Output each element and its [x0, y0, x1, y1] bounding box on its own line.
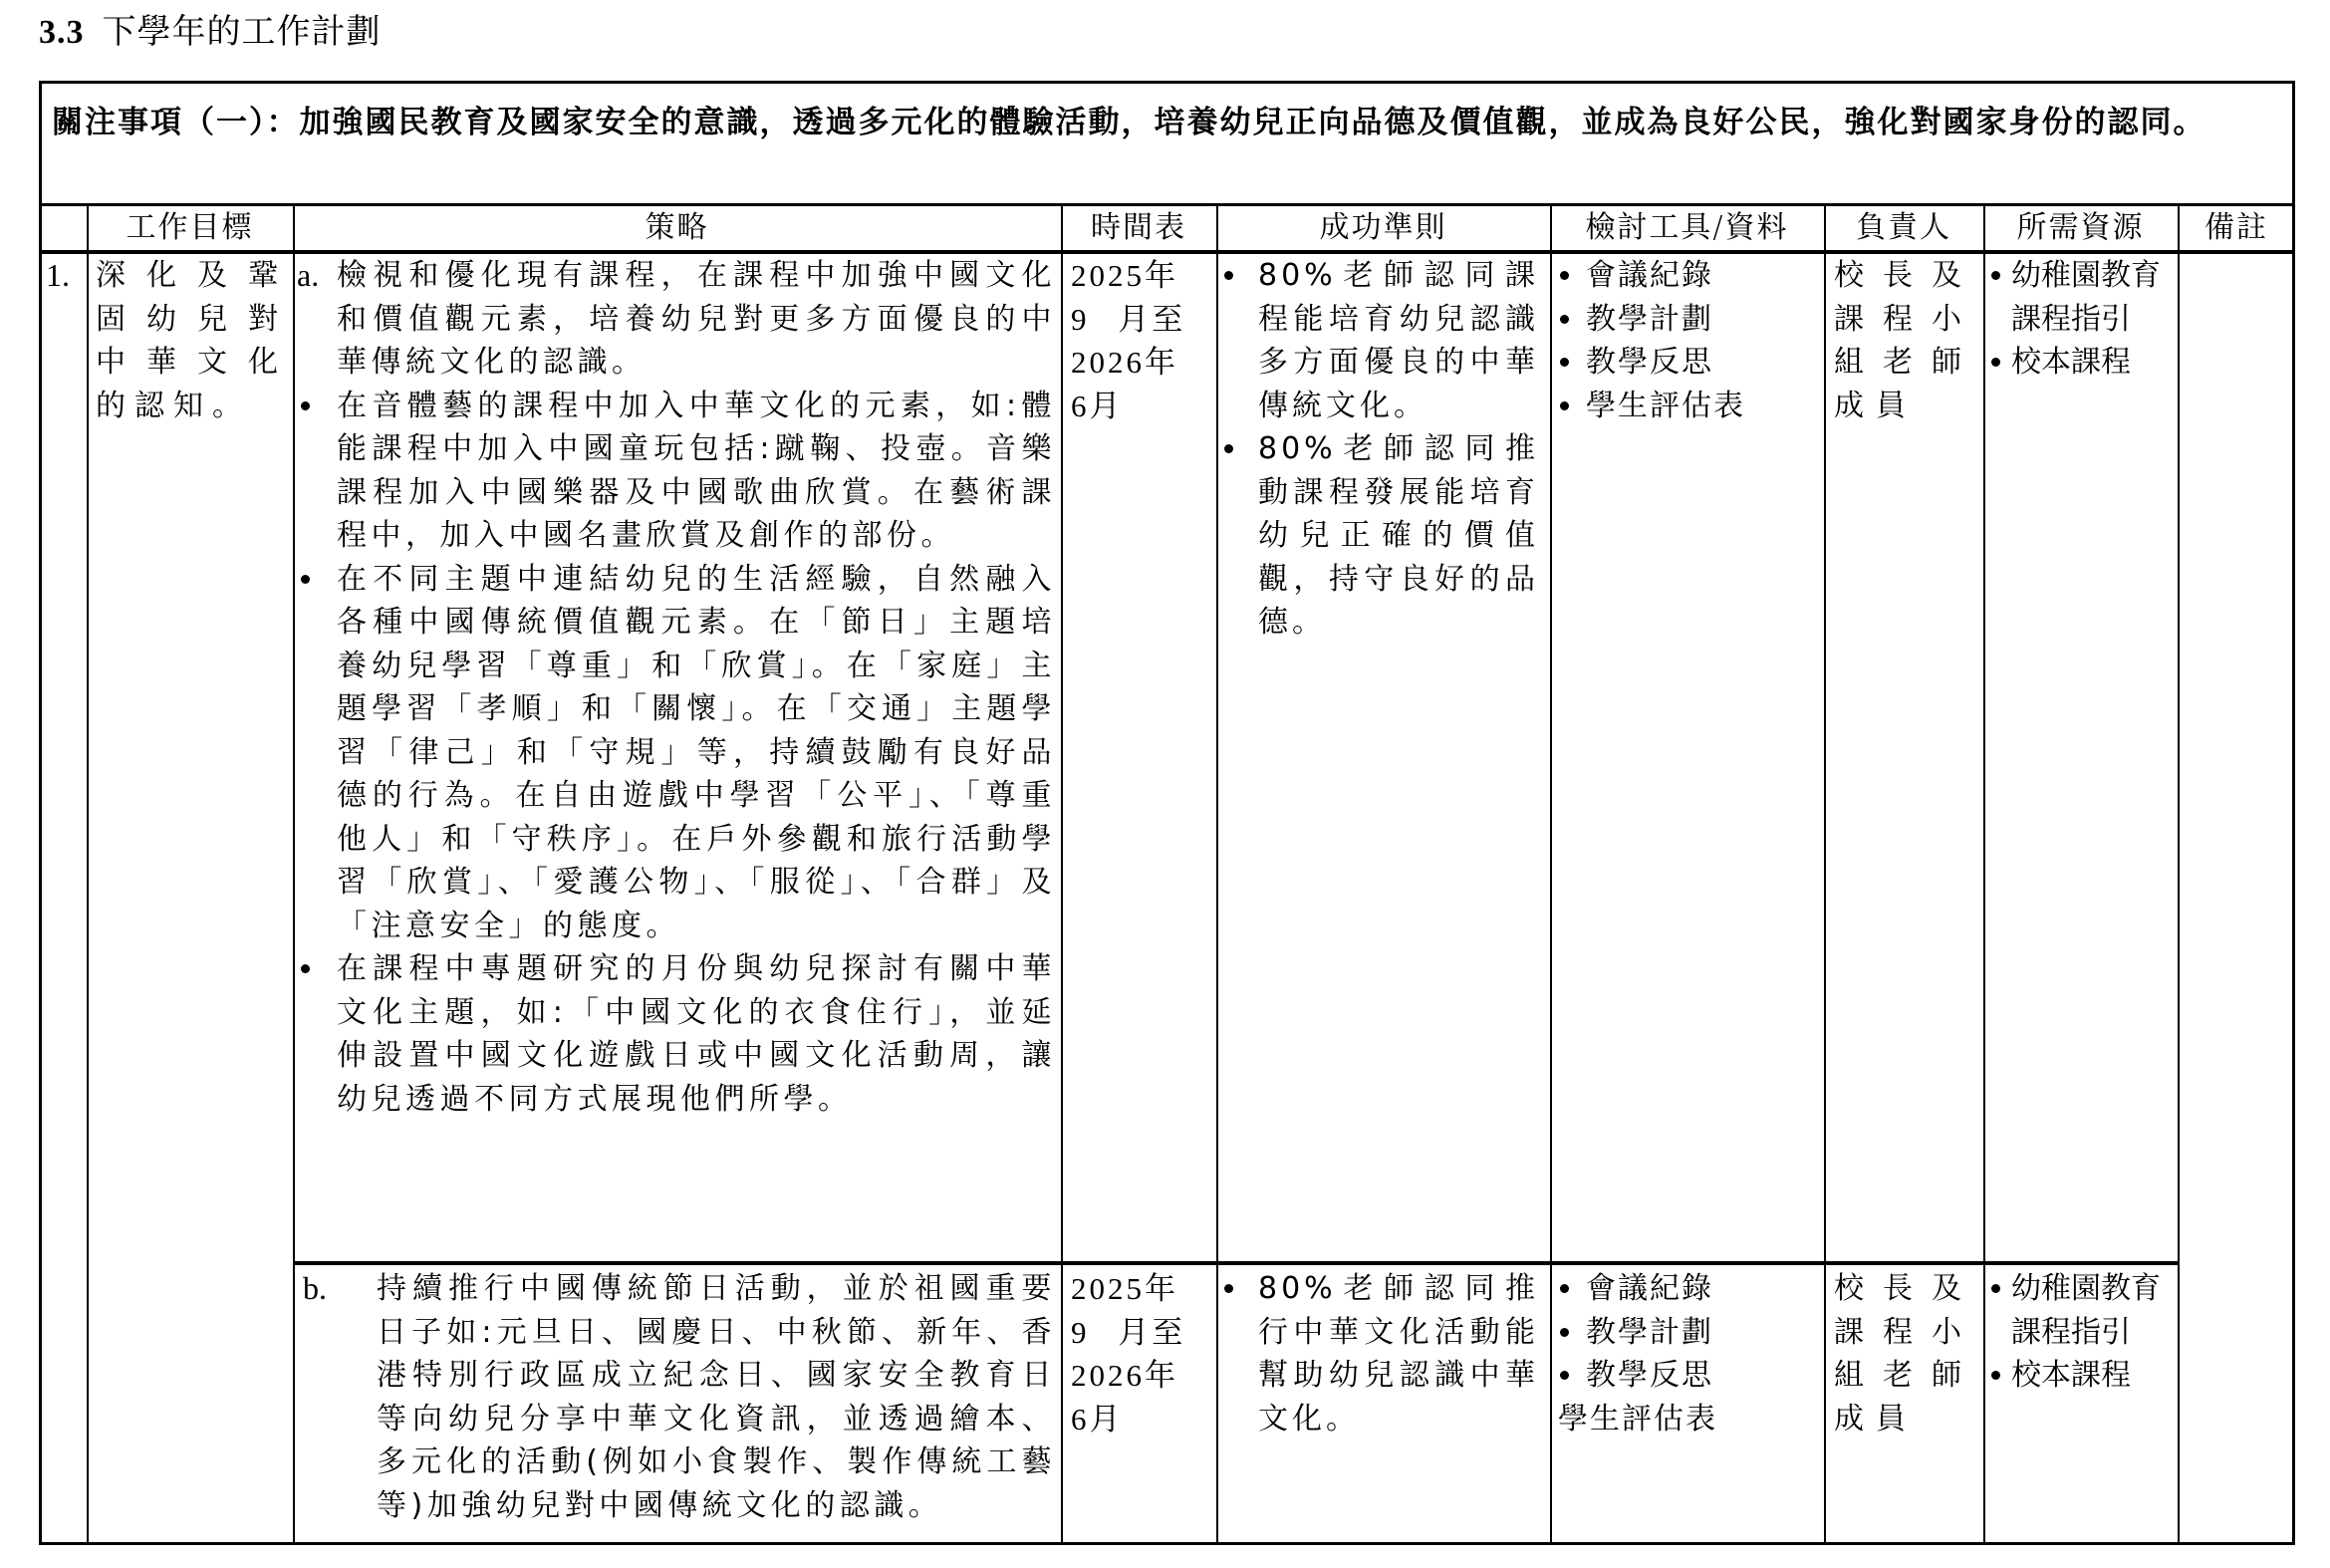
goal-text: 深化及鞏固幼兒對中華文化的認知。 [96, 254, 287, 427]
timeline-line: 9 月至 [1071, 298, 1210, 342]
strategy-a: a. 檢視和優化現有課程，在課程中加強中國文化和價值觀元素，培養幼兒對更多方面優… [297, 254, 1056, 1121]
tools-b-item: 教學反思 [1558, 1354, 1817, 1398]
timeline-line: 2026年 [1071, 1354, 1210, 1398]
resources-b-item: 幼稚園教育課程指引 [1989, 1267, 2169, 1354]
column-divider [293, 206, 295, 1545]
tools-b-item: 教學計劃 [1558, 1311, 1817, 1355]
tools-a-item: 會議紀錄 [1558, 254, 1817, 298]
header-goal: 工作目標 [87, 206, 293, 250]
strategy-a-bullet-1: 在音體藝的課程中加入中華文化的元素，如:體能課程中加入中國童玩包括:蹴鞠、投壺。… [297, 385, 1056, 558]
strategy-b-text: 持續推行中國傳統節日活動，並於祖國重要日子如:元旦日、國慶日、中秋節、新年、香港… [377, 1271, 1056, 1523]
strategy-b: b. 持續推行中國傳統節日活動，並於祖國重要日子如:元旦日、國慶日、中秋節、新年… [303, 1267, 1056, 1527]
owner-b: 校長及課程小組老師成員 [1834, 1267, 1973, 1440]
strategy-a-main: a. 檢視和優化現有課程，在課程中加強中國文化和價值觀元素，培養幼兒對更多方面優… [297, 254, 1056, 385]
header-no [42, 206, 87, 250]
criteria-b: 80%老師認同推行中華文化活動能幫助幼兒認識中華文化。 [1220, 1267, 1539, 1440]
section-number: 3.3 [39, 14, 85, 51]
owner-a: 校長及課程小組老師成員 [1834, 254, 1973, 427]
resources-b-item: 校本課程 [1989, 1354, 2169, 1398]
row-divider [293, 1261, 2178, 1265]
resources-a-item: 幼稚園教育課程指引 [1989, 254, 2169, 341]
timeline-a: 2025年 9 月至 2026年 6月 [1071, 254, 1210, 427]
tools-b: 會議紀錄 教學計劃 教學反思 學生評估表 [1558, 1267, 1817, 1440]
header-strategy: 策略 [293, 206, 1061, 250]
column-divider [87, 206, 89, 1545]
strategy-marker: b. [303, 1267, 327, 1311]
strategy-a-text: 檢視和優化現有課程，在課程中加強中國文化和價值觀元素，培養幼兒對更多方面優良的中… [337, 258, 1056, 380]
tools-a-item: 教學計劃 [1558, 298, 1817, 342]
tools-a: 會議紀錄 教學計劃 教學反思 學生評估表 [1558, 254, 1817, 427]
column-divider [1824, 206, 1826, 1545]
column-divider [1550, 206, 1552, 1545]
timeline-line: 6月 [1071, 385, 1210, 428]
header-timeline: 時間表 [1061, 206, 1216, 250]
header-tools: 檢討工具/資料 [1550, 206, 1824, 250]
focus-area-heading: 關注事項（一）：加強國民教育及國家安全的意識，透過多元化的體驗活動，培養幼兒正向… [42, 84, 2292, 206]
strategy-a-bullet-2: 在不同主題中連結幼兒的生活經驗，自然融入各種中國傳統價值觀元素。在「節日」主題培… [297, 558, 1056, 948]
criteria-b-item-1: 80%老師認同推行中華文化活動能幫助幼兒認識中華文化。 [1220, 1267, 1539, 1440]
column-divider [2178, 206, 2180, 1545]
timeline-line: 9 月至 [1071, 1311, 1210, 1355]
column-divider [1061, 206, 1063, 1545]
resources-b: 幼稚園教育課程指引 校本課程 [1989, 1267, 2169, 1398]
work-plan-table: 關注事項（一）：加強國民教育及國家安全的意識，透過多元化的體驗活動，培養幼兒正向… [39, 81, 2295, 1545]
strategy-a-bullet-3: 在課程中專題研究的月份與幼兒探討有關中華文化主題，如:「中國文化的衣食住行」，並… [297, 947, 1056, 1121]
tools-a-item: 教學反思 [1558, 341, 1817, 385]
section-heading: 3.3下學年的工作計劃 [39, 10, 382, 55]
timeline-b: 2025年 9 月至 2026年 6月 [1071, 1267, 1210, 1440]
strategy-b-main: b. 持續推行中國傳統節日活動，並於祖國重要日子如:元旦日、國慶日、中秋節、新年… [303, 1267, 1056, 1527]
tools-a-item: 學生評估表 [1558, 385, 1817, 428]
timeline-line: 2025年 [1071, 1267, 1210, 1311]
header-owner: 負責人 [1824, 206, 1983, 250]
header-remarks: 備註 [2178, 206, 2295, 250]
timeline-line: 6月 [1071, 1398, 1210, 1441]
tools-b-item-plain: 學生評估表 [1558, 1398, 1817, 1441]
timeline-line: 2025年 [1071, 254, 1210, 298]
section-title: 下學年的工作計劃 [103, 12, 382, 52]
header-criteria: 成功準則 [1216, 206, 1550, 250]
column-divider [1983, 206, 1985, 1545]
column-divider [1216, 206, 1218, 1545]
resources-a-item: 校本課程 [1989, 341, 2169, 385]
criteria-a-item-1: 80%老師認同課程能培育幼兒認識多方面優良的中華傳統文化。 [1220, 254, 1539, 427]
resources-a: 幼稚園教育課程指引 校本課程 [1989, 254, 2169, 385]
tools-b-item: 會議紀錄 [1558, 1267, 1817, 1311]
strategy-marker: a. [297, 254, 319, 298]
timeline-line: 2026年 [1071, 341, 1210, 385]
criteria-a: 80%老師認同課程能培育幼兒認識多方面優良的中華傳統文化。 80%老師認同推動課… [1220, 254, 1539, 645]
row-number: 1. [46, 254, 86, 298]
criteria-a-item-2: 80%老師認同推動課程發展能培育幼兒正確的價值觀，持守良好的品德。 [1220, 427, 1539, 645]
header-resources: 所需資源 [1983, 206, 2178, 250]
